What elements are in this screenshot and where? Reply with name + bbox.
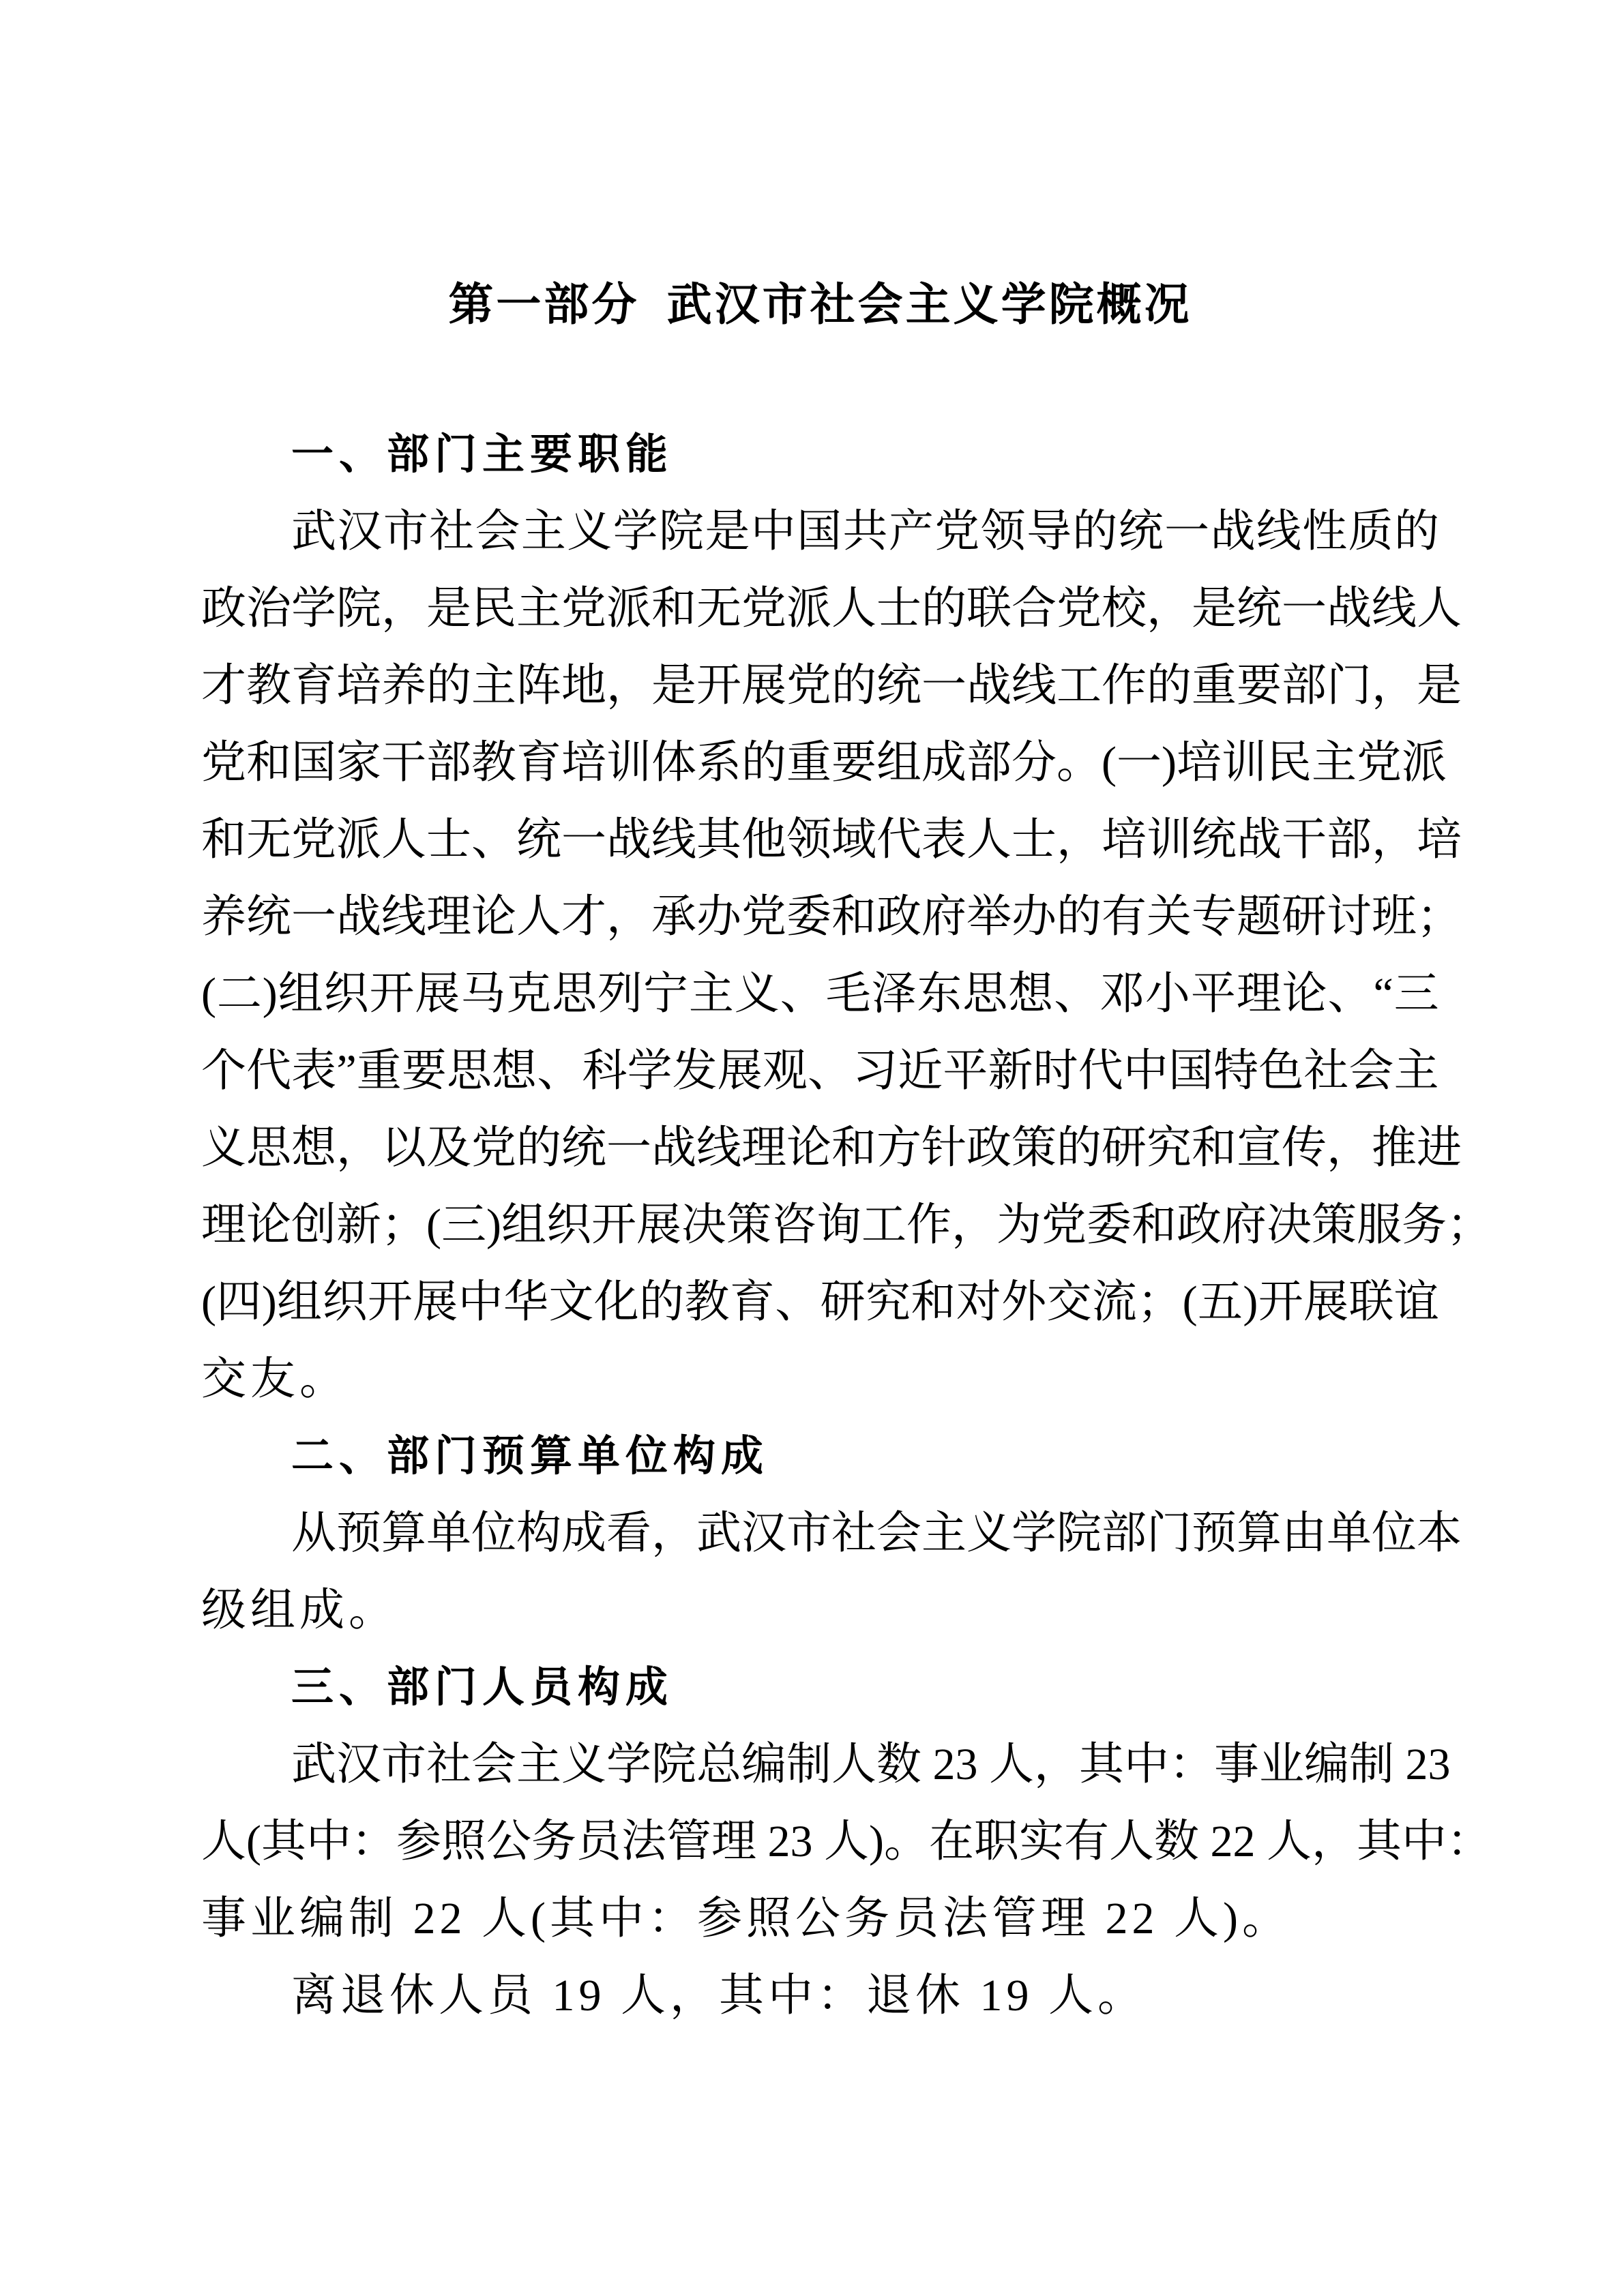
text-line: 事业编制 22 人(其中：参照公务员法管理 22 人)。 bbox=[201, 1880, 1439, 1957]
text-line: 理论创新；(三)组织开展决策咨询工作，为党委和政府决策服务； bbox=[201, 1187, 1439, 1264]
section-3-heading: 三、部门人员构成 bbox=[201, 1649, 1439, 1726]
text-line: 人(其中：参照公务员法管理 23 人)。在职实有人数 22 人，其中： bbox=[201, 1803, 1439, 1880]
text-line: (四)组织开展中华文化的教育、研究和对外交流；(五)开展联谊 bbox=[201, 1264, 1439, 1341]
text-line: (二)组织开展马克思列宁主义、毛泽东思想、邓小平理论、“三 bbox=[201, 955, 1439, 1032]
document-content: 第一部分 武汉市社会主义学院概况 一、部门主要职能 武汉市社会主义学院是中国共产… bbox=[0, 0, 1624, 2034]
section-budget-units: 二、部门预算单位构成 从预算单位构成看，武汉市社会主义学院部门预算由单位本 级组… bbox=[201, 1418, 1439, 1649]
section-2-heading: 二、部门预算单位构成 bbox=[201, 1418, 1439, 1495]
text-line: 义思想，以及党的统一战线理论和方针政策的研究和宣传，推进 bbox=[201, 1109, 1439, 1187]
text-line: 交友。 bbox=[201, 1341, 1439, 1418]
text-line: 武汉市社会主义学院总编制人数 23 人，其中：事业编制 23 bbox=[201, 1726, 1439, 1803]
document-title: 第一部分 武汉市社会主义学院概况 bbox=[201, 273, 1439, 336]
section-main-functions: 一、部门主要职能 武汉市社会主义学院是中国共产党领导的统一战线性质的 政治学院，… bbox=[201, 416, 1439, 1418]
text-line: 武汉市社会主义学院是中国共产党领导的统一战线性质的 bbox=[201, 493, 1439, 570]
text-line: 个代表”重要思想、科学发展观、习近平新时代中国特色社会主 bbox=[201, 1032, 1439, 1109]
section-personnel: 三、部门人员构成 武汉市社会主义学院总编制人数 23 人，其中：事业编制 23 … bbox=[201, 1649, 1439, 2034]
text-line: 离退休人员 19 人，其中：退休 19 人。 bbox=[201, 1957, 1439, 2034]
text-line: 政治学院，是民主党派和无党派人士的联合党校，是统一战线人 bbox=[201, 570, 1439, 647]
text-line: 养统一战线理论人才，承办党委和政府举办的有关专题研讨班； bbox=[201, 878, 1439, 955]
text-line: 和无党派人士、统一战线其他领域代表人士，培训统战干部，培 bbox=[201, 801, 1439, 878]
text-line: 从预算单位构成看，武汉市社会主义学院部门预算由单位本 bbox=[201, 1495, 1439, 1572]
text-line: 才教育培养的主阵地，是开展党的统一战线工作的重要部门，是 bbox=[201, 647, 1439, 724]
text-line: 级组成。 bbox=[201, 1572, 1439, 1649]
section-1-heading: 一、部门主要职能 bbox=[201, 416, 1439, 493]
document-page: 第一部分 武汉市社会主义学院概况 一、部门主要职能 武汉市社会主义学院是中国共产… bbox=[0, 0, 1624, 2296]
text-line: 党和国家干部教育培训体系的重要组成部分。(一)培训民主党派 bbox=[201, 724, 1439, 801]
